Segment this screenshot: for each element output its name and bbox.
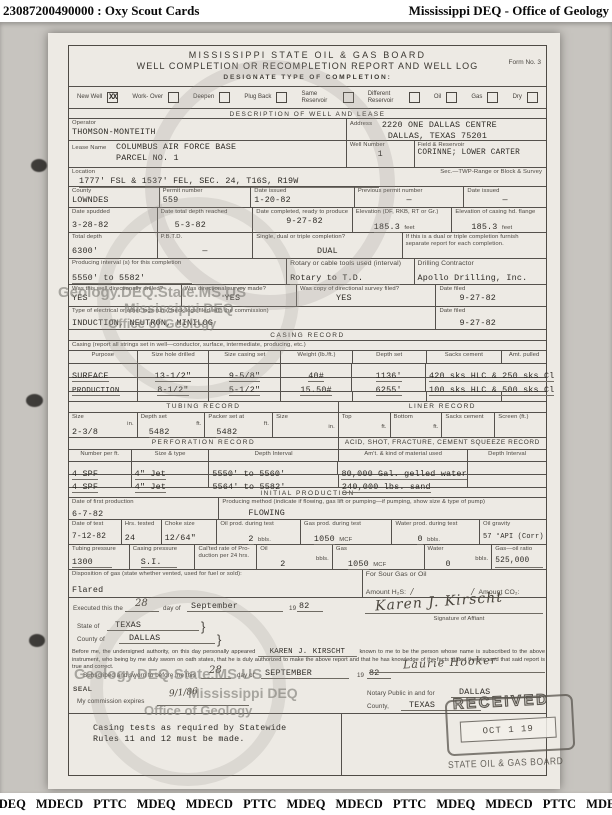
liner-sacks-field: Sacks cement [441,413,494,437]
perf2-interval-cell: 5564' to 5582' [208,475,337,487]
checkbox-new-well: New WellXX [77,92,118,103]
hours-tested-field: Hrs. tested24 [121,520,161,544]
oil-test-value: 2 [248,534,253,545]
designate-type-header: DESIGNATE TYPE OF COMPLETION: [69,74,546,81]
elevation-unit: feet [404,225,414,231]
casing-production-cement: 100 sks HLC & 500 sks Cl [429,385,554,396]
casing-empty-2 [137,392,209,401]
casing-row-production: PRODUCTION 8-1/2" 5-1/2" 15.50# 6255' 10… [69,377,546,391]
lease-name-line1: COLUMBUS AIR FORCE BASE [116,142,343,153]
lease-row: Lease Name COLUMBUS AIR FORCE BASE PARCE… [69,140,546,167]
tubing-size2-unit: in. [328,424,335,431]
scan-area: Geology.DEQ.State.MS.US Mississippi DEQ … [0,22,612,793]
dry-label: Dry [513,94,522,101]
checkbox-dry: Dry [513,92,538,103]
description-section-header: DESCRIPTION OF WELL AND LEASE [69,108,546,118]
viewer-header: 23087200490000 : Oxy Scout Cards Mississ… [0,0,612,22]
total-depth-row: Total depth6300' P.B.T.D.— Single, dual … [69,232,546,258]
elevation-label: Elevation (DF, RKB, RT or Gr.) [356,209,449,216]
tubing-size-value: 2-3/8 [72,427,98,437]
casing-note: Casing (report all strings set in well—c… [72,342,543,349]
tools-used-label: Rotary or cable tools used (interval) [290,260,410,268]
survey-copy-filed-value: YES [336,293,432,304]
casing-empty-5 [352,392,426,401]
rate-gas-label: Gas [336,546,421,553]
h2s-label: Amount H₂S: [366,589,406,596]
liner-top-field: Topft. [338,413,390,437]
casing-tests-note-line2: Rules 11 and 12 must be made. [93,734,341,745]
logs-date-filed-field: Date filed9-27-82 [435,307,546,329]
oil-label: Oil [434,94,441,101]
rate-water-unit: bbls. [475,556,488,563]
address-line1: 2220 ONE DALLAS CENTRE [382,120,543,131]
location-label: Location [72,169,95,176]
casing-row-surface: SURFACE 13-1/2" 9-5/8" 40# 1136' 420 sks… [69,363,546,377]
drilling-contractor-label: Drilling Contractor [418,260,543,268]
squeeze1-material-cell: 80,000 Gal. gelled water [337,462,467,474]
squeeze-col-material: Am't. & kind of material used [338,450,467,461]
gor-field: Gas—oil ratio525,000 [491,545,546,569]
well-completion-form: MISSISSIPPI STATE OIL & GAS BOARD WELL C… [68,45,547,776]
water-test-unit: bbls. [427,537,440,543]
header-source: Mississippi DEQ - Office of Geology [409,3,609,19]
completion-type-row: New WellXX Work- Over Deepen Plug Back S… [69,86,546,108]
drilling-contractor-field: Drilling ContractorApollo Drilling, Inc. [414,259,546,284]
tubing-packer-field: Packer set at5482 ft. [204,413,272,437]
liner-bottom-unit: ft. [433,424,438,431]
punch-hole-3 [29,634,45,647]
survey-date-filed-value: 9-27-82 [459,293,543,304]
tubing-size-field: Size2-3/8 in. [69,413,137,437]
header-doc-id: 23087200490000 : Oxy Scout Cards [3,3,199,19]
tubing-size2-label: Size [276,414,335,421]
survey-date-filed-label: Date filed [439,286,543,293]
tools-used-field: Rotary or cable tools used (interval)Rot… [286,259,413,284]
state-brace: } [201,619,205,634]
choke-size-field: Choke size12/64" [161,520,217,544]
document-paper: Geology.DEQ.State.MS.US Mississippi DEQ … [48,33,560,789]
perf-col-interval: Depth Interval [208,450,337,461]
signature-of-affiant-label: Signature of Affiant [399,616,519,623]
casing-production-purpose-cell: PRODUCTION [69,378,137,391]
previous-date-issued-label: Date issued [467,188,543,195]
deepen-checkbox [219,92,230,103]
state-line [107,630,199,631]
rate-oil-value: 2 [280,559,285,569]
address-line2: DALLAS, TEXAS 75201 [388,131,543,142]
checkbox-same-reservoir: Same Reservoir [302,91,354,104]
casing-col-cement: Sacks cement [426,351,502,363]
calc-rate-label: Cal'ted rate of Pro-duction per 24 hrs. [198,546,253,560]
directional-row: Was this well directionally drilled?YES … [69,284,546,306]
liner-bottom-label: Bottom [394,414,439,421]
different-reservoir-checkbox [409,92,420,103]
squeeze-col-interval: Depth Interval [467,450,546,461]
casing-pressure-field: Casing pressureS.I. [129,545,195,569]
oil-checkbox [446,92,457,103]
plug-back-checkbox [276,92,287,103]
commission-expires-line [157,705,249,706]
dual-note-field: If this is a dual or triple completion f… [402,233,546,258]
workover-checkbox [168,92,179,103]
date-completed-label: Date completed, ready to produce [256,209,349,216]
directional-survey-field: Was directional survey made?YES [181,285,297,306]
pbtd-label: P.B.T.D. [161,234,250,241]
notary-signature-line [369,672,545,673]
location-value: 1777' FSL & 1537' FEL, SEC. 24, T16S, R1… [79,176,379,188]
directional-survey-label: Was directional survey made? [185,286,294,293]
casing-tests-note-cell: Casing tests as required by Statewide Ru… [69,714,341,775]
choke-size-label: Choke size [165,521,214,528]
casing-col-set: Size casing set [208,351,280,363]
gor-value: 525,000 [495,557,543,568]
gas-checkbox [487,92,498,103]
lease-name-label: Lease Name [72,145,106,152]
casing-col-purpose: Purpose [69,351,137,363]
date-td-label: Date total depth reached [161,209,250,216]
producing-interval-label: Producing interval (s) for this completi… [72,260,283,267]
sworn-month-line [261,678,349,679]
operator-field: Operator THOMSON-MONTEITH [69,119,346,140]
affidavit-before-text: Before me, the undersigned authority, on… [72,649,255,655]
logs-run-label: Type of electrical or other logs run (ch… [72,308,432,315]
commission-expires-handwritten: 9/1/86 [169,687,199,699]
executed-day-line [125,611,159,612]
commission-expires-label: My commission expires [77,698,145,705]
gas-disposition-value: Flared [72,585,359,596]
producing-interval-value: 5550' to 5582' [72,273,192,285]
calc-rate-field: Cal'ted rate of Pro-duction per 24 hrs. [194,545,256,569]
oil-test-label: Oil prod. during test [220,521,297,528]
checkbox-gas: Gas [471,92,498,103]
squeeze1-interval-cell [467,462,546,474]
previous-permit-value: — [358,195,461,206]
previous-date-issued-value: — [467,195,543,206]
permit-number-value: 559 [163,195,248,206]
perf1-number-cell: 4 SPF [69,462,131,474]
operator-label: Operator [72,120,343,127]
location-row: Location Sec.—TWP-Range or Block & Surve… [69,167,546,186]
notary-state-value: TEXAS [409,700,435,711]
dual-note-text: If this is a dual or triple completion f… [406,234,543,248]
rate-oil-label: Oil [260,546,329,553]
casing-pressure-label: Casing pressure [133,546,192,553]
casing-surface-set-cell: 9-5/8" [208,364,280,377]
oil-gravity-field: Oil gravity57 °API (Corr) [479,520,546,544]
logs-date-filed-value: 9-27-82 [459,318,543,329]
liner-record-title: LINER RECORD [338,402,546,412]
perforation-record-title: PERFORATION RECORD [69,438,338,449]
date-spudded-label: Date spudded [72,209,154,216]
gas-label: Gas [471,94,482,101]
operator-value: THOMSON-MONTEITH [72,127,343,138]
casing-note-row: Casing (report all strings set in well—c… [69,340,546,350]
date-td-value: 5-3-82 [175,220,250,231]
pressure-row: Tubing pressure1300 Casing pressureS.I. … [69,544,546,569]
executed-year: 82 [299,601,309,612]
casing-surface-cement-cell: 420 sks HLC & 250 sks Cl [425,364,546,377]
elevation-casing-value: 185.3 [471,222,497,233]
tubing-pressure-label: Tubing pressure [72,546,126,553]
logs-run-value: INDUCTION, NEUTRON, MINILOG [72,318,432,329]
test-date-field: Date of test7-12-82 [69,520,121,544]
producing-method-label: Producing method (indicate if flowing, g… [222,499,543,506]
directional-survey-value: YES [225,293,294,304]
pbtd-field: P.B.T.D.— [157,233,253,258]
state-of-value: TEXAS [115,620,141,631]
address-field: Address 2220 ONE DALLAS CENTRE DALLAS, T… [346,119,546,140]
gas-test-field: Gas prod. during test1050 MCF [300,520,392,544]
lease-name-line2: PARCEL NO. 1 [116,153,343,164]
squeeze2-material: 240,000 lbs. sand [342,482,431,493]
logs-run-field: Type of electrical or other logs run (ch… [69,307,435,329]
water-test-label: Water prod. during test [395,521,476,528]
first-production-row: Date of first production6-7-82 Producing… [69,497,546,519]
perf2-interval: 5564' to 5582' [212,482,285,492]
casing-production-set-cell: 5-1/2" [208,378,280,391]
oil-test-unit: bbls. [258,537,271,543]
perf2-number-cell: 4 SPF [69,475,131,487]
perf-col-type: Size & type [131,450,209,461]
affiant-signature-line [365,613,543,614]
punch-hole-1 [31,159,47,172]
liner-screen-field: Screen (ft.) [494,413,546,437]
form-number: Form No. 3 [508,59,541,66]
squeeze1-material: 80,000 Gal. gelled water [341,469,466,480]
workover-label: Work- Over [132,94,163,101]
completion-kind-field: Single, dual or triple completion?DUAL [252,233,401,258]
perf-col-number: Number per ft. [69,450,131,461]
permit-number-field: Permit number559 [159,187,251,207]
date-completed-value: 9-27-82 [286,216,349,227]
completion-kind-label: Single, dual or triple completion? [256,234,398,241]
dry-checkbox [527,92,538,103]
tubing-pressure-value: 1300 [72,557,112,569]
date-spudded-value: 3-28-82 [72,220,154,231]
county-value: LOWNDES [72,195,156,206]
producing-method-value: FLOWING [248,508,543,519]
completion-kind-value: DUAL [256,246,398,257]
tubing-packer-value: 5482 [216,427,237,438]
perf2-number: 4 SPF [72,482,98,493]
casing-production-depth-cell: 6255' [351,378,425,391]
survey-date-filed-field: Date filed9-27-82 [435,285,546,306]
checkbox-deepen: Deepen [193,92,230,103]
liner-bottom-field: Bottomft. [390,413,442,437]
tools-used-value: Rotary to T.D. [290,273,400,285]
rate-water-field: Water0 bbls. [424,545,492,569]
directionally-drilled-label: Was this well directionally drilled? [72,286,178,293]
tubing-size-unit: in. [127,421,134,428]
date-td-field: Date total depth reached5-3-82 [157,208,253,232]
rate-gas-field: Gas1050 MCF [332,545,424,569]
date-issued-value: 1-20-82 [254,195,351,206]
field-reservoir-field: Field & Reservoir CORINNE; LOWER CARTER [414,141,546,167]
elevation-field: Elevation (DF, RKB, RT or Gr.)185.3 feet [352,208,452,232]
well-number-label: Well Number [350,142,411,149]
tubing-depth-unit: ft. [196,421,201,428]
perf1-type-cell: 4" Jet [131,462,209,474]
date-completed-field: Date completed, ready to produce9-27-82 [252,208,352,232]
oil-gravity-label: Oil gravity [483,521,543,528]
directionally-drilled-field: Was this well directionally drilled?YES [69,285,181,306]
perf1-interval-cell: 5550' to 5560' [208,462,337,474]
received-stamp: RECEIVED OCT 1 19 [445,694,576,757]
executed-yr: 19 [289,605,296,612]
permit-number-label: Permit number [163,188,248,195]
elevation-casing-field: Elevation of casing hd. flange185.3 feet [451,208,546,232]
date-spudded-field: Date spudded3-28-82 [69,208,157,232]
county-permit-row: CountyLOWNDES Permit number559 Date issu… [69,186,546,207]
field-reservoir-value: CORINNE; LOWER CARTER [418,149,543,159]
casing-surface-purpose-cell: SURFACE [69,364,137,377]
producing-interval-row: Producing interval (s) for this completi… [69,258,546,284]
tubing-pressure-field: Tubing pressure1300 [69,545,129,569]
different-reservoir-label: Different Reservoir [368,91,404,104]
tubing-size2-field: Sizein. [272,413,338,437]
executed-month-line [187,611,283,612]
survey-copy-filed-field: Was copy of directional survey filed?YES [296,285,435,306]
form-title-block: MISSISSIPPI STATE OIL & GAS BOARD WELL C… [69,46,546,86]
casing-production-hole-cell: 8-1/2" [137,378,209,391]
h2s-mark: / [411,587,414,596]
water-test-field: Water prod. during test0 bbls. [391,520,479,544]
casing-record-header: CASING RECORD [69,329,546,340]
date-issued-field: Date issued1-20-82 [250,187,354,207]
sworn-yr: 19 [357,672,364,679]
sworn-pre: Subscribed and sworn to before me this [83,672,196,679]
water-test-value: 0 [417,534,422,545]
punch-hole-2 [26,394,43,407]
directionally-drilled-value: YES [72,293,178,304]
casing-col-hole: Size hole drilled [137,351,209,363]
county-word-label: County, [367,703,389,710]
executed-month: September [191,601,238,612]
tubing-size-label: Size [72,414,134,421]
total-depth-field: Total depth6300' [69,233,157,258]
state-of-label: State of [77,623,100,630]
first-production-value: 6-7-82 [72,509,215,520]
casing-col-weight: Weight (lb./ft.) [280,351,352,363]
plug-back-label: Plug Back [244,94,271,101]
perf2-type-cell: 4" Jet [131,475,209,487]
received-stamp-text: RECEIVED [452,691,549,713]
elevation-casing-unit: feet [502,225,512,231]
gor-label: Gas—oil ratio [495,546,543,553]
county-of-value: DALLAS [129,633,160,644]
new-well-checkbox: XX [107,92,118,103]
drilling-contractor-value: Apollo Drilling, Inc. [418,273,543,284]
perf-squeeze-row-1: 4 SPF 4" Jet 5550' to 5560' 80,000 Gal. … [69,461,546,474]
casing-surface-hole-cell: 13-1/2" [137,364,209,377]
seal-label: SEAL [73,686,92,694]
logs-date-filed-label: Date filed [439,308,543,315]
gas-disposition-label: Disposition of gas (state whether vented… [72,571,359,578]
test-date-label: Date of test [72,521,118,528]
casing-production-cement-cell: 100 sks HLC & 500 sks Cl [425,378,546,391]
executed-day-of: day of [163,605,181,612]
liner-top-unit: ft. [381,424,386,431]
perf-squeeze-header-row: Number per ft. Size & type Depth Interva… [69,449,546,461]
checkbox-oil: Oil [434,92,457,103]
tubing-depth-field: Depth set5482 ft. [137,413,205,437]
rate-gas-value: 1050 [348,559,369,570]
new-well-label: New Well [77,94,102,101]
tubing-depth-value: 5482 [149,427,170,438]
logs-row: Type of electrical or other logs run (ch… [69,306,546,329]
gas-disposition-field: Disposition of gas (state whether vented… [69,570,362,597]
checkbox-plug-back: Plug Back [244,92,287,103]
viewer-footer: MDEQ MDECD PTTC MDEQ MDECD PTTC MDEQ MDE… [0,793,612,815]
squeeze-record-title: ACID, SHOT, FRACTURE, CEMENT SQUEEZE REC… [338,438,546,449]
pbtd-value: — [161,246,250,257]
previous-permit-label: Previous permit number [358,188,461,195]
casing-empty-1 [69,392,137,401]
tubing-liner-row: Size2-3/8 in. Depth set5482 ft. Packer s… [69,412,546,437]
checkbox-workover: Work- Over [132,92,179,103]
form-title-line2: WELL COMPLETION OR RECOMPLETION REPORT A… [69,61,546,71]
field-reservoir-label: Field & Reservoir [418,142,543,149]
operator-address-row: Operator THOMSON-MONTEITH Address 2220 O… [69,118,546,140]
same-reservoir-label: Same Reservoir [302,91,338,104]
casing-header-row: Purpose Size hole drilled Size casing se… [69,350,546,363]
test-date-value: 7-12-82 [72,533,118,543]
casing-empty-4 [280,392,352,401]
checkbox-different-reservoir: Different Reservoir [368,91,420,104]
producing-interval-field: Producing interval (s) for this completi… [69,259,286,284]
perf2-type: 4" Jet [135,482,166,493]
rate-water-value: 0 [446,559,451,569]
location-field: Location Sec.—TWP-Range or Block & Surve… [69,168,546,186]
tubing-packer-unit: ft. [264,421,269,428]
executed-year-line [297,611,323,612]
oil-gravity-value: 57 °API (Corr) [483,533,543,542]
deepen-label: Deepen [193,94,214,101]
tubing-liner-title-row: TUBING RECORD LINER RECORD [69,401,546,412]
survey-copy-filed-label: Was copy of directional survey filed? [300,286,432,293]
sour-gas-label: For Sour Gas or Oil [366,571,543,579]
gas-test-value: 1050 [314,534,335,545]
hours-tested-label: Hrs. tested [125,521,158,528]
footer-text: MDEQ MDECD PTTC MDEQ MDECD PTTC MDEQ MDE… [0,797,612,812]
casing-note-cell: Casing (report all strings set in well—c… [69,341,546,350]
same-reservoir-checkbox [343,92,354,103]
location-note: Sec.—TWP-Range or Block & Survey [440,169,542,176]
previous-date-issued-field: Date issued— [463,187,546,207]
county-brace: } [217,632,221,647]
sworn-year: 82 [369,668,379,679]
gas-test-unit: MCF [339,537,352,543]
perf-squeeze-title-row: PERFORATION RECORD ACID, SHOT, FRACTURE,… [69,437,546,449]
perf-squeeze-row-2: 4 SPF 4" Jet 5564' to 5582' 240,000 lbs.… [69,474,546,487]
sworn-month: SEPTEMBER [265,668,312,679]
liner-sacks-label: Sacks cement [445,414,491,421]
lease-name-field: Lease Name COLUMBUS AIR FORCE BASE PARCE… [69,141,346,167]
executed-day-handwritten: 28 [135,598,148,609]
elevation-casing-label: Elevation of casing hd. flange [455,209,543,216]
casing-surface-weight-cell: 40# [280,364,352,377]
county-field: CountyLOWNDES [69,187,159,207]
previous-permit-field: Previous permit number— [354,187,464,207]
total-depth-label: Total depth [72,234,154,241]
elevation-value: 185.3 [374,222,400,233]
executed-pre: Executed this the [73,605,123,612]
hours-tested-value: 24 [125,533,158,544]
casing-empty-3 [208,392,280,401]
date-issued-label: Date issued [254,188,351,195]
choke-size-value: 12/64" [165,533,214,544]
casing-pressure-value: S.I. [141,557,177,569]
